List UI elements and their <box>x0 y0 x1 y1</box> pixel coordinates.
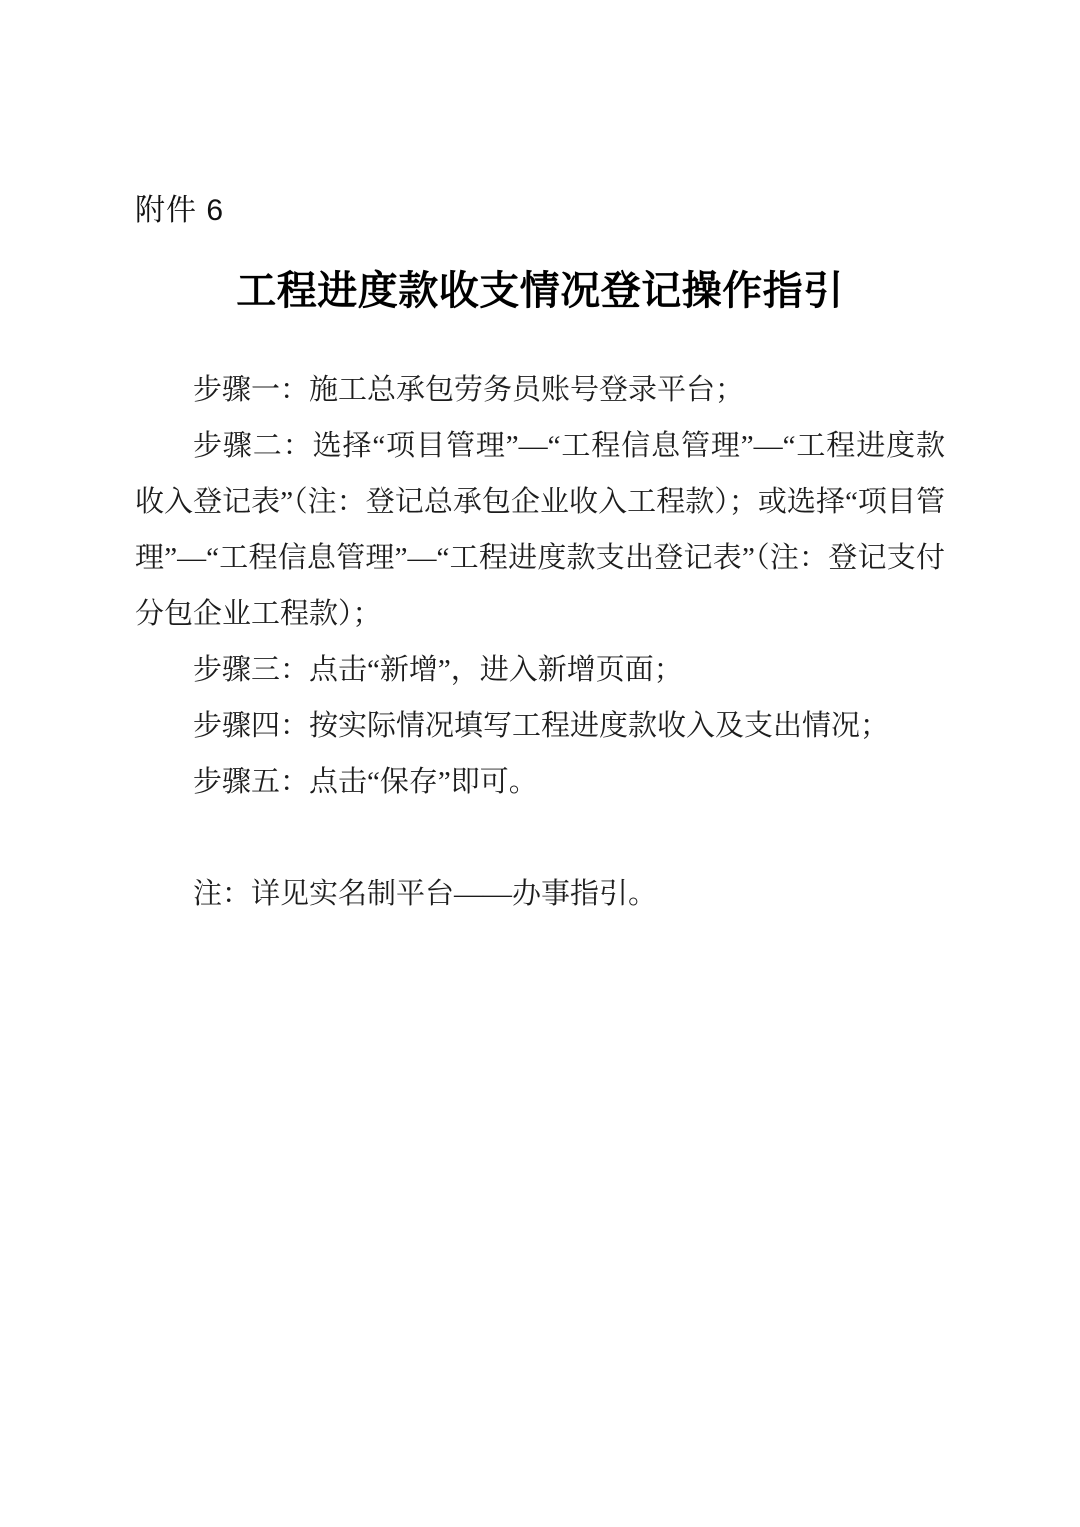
document-content: 附件 6 工程进度款收支情况登记操作指引 步骤一：施工总承包劳务员账号登录平台；… <box>0 0 1080 922</box>
step-paragraph-4: 步骤四：按实际情况填写工程进度款收入及支出情况； <box>135 698 945 754</box>
step-paragraph-3: 步骤三：点击“新增”，进入新增页面； <box>135 642 945 698</box>
step-paragraph-1: 步骤一：施工总承包劳务员账号登录平台； <box>135 362 945 418</box>
note-paragraph: 注：详见实名制平台——办事指引。 <box>135 866 945 922</box>
document-page: 附件 6 工程进度款收支情况登记操作指引 步骤一：施工总承包劳务员账号登录平台；… <box>0 0 1080 1527</box>
step-paragraph-5: 步骤五：点击“保存”即可。 <box>135 754 945 810</box>
steps-section: 步骤一：施工总承包劳务员账号登录平台； 步骤二：选择“项目管理”—“工程信息管理… <box>135 362 945 922</box>
page-title: 工程进度款收支情况登记操作指引 <box>135 264 945 318</box>
attachment-label: 附件 6 <box>135 190 945 232</box>
step-paragraph-2: 步骤二：选择“项目管理”—“工程信息管理”—“工程进度款收入登记表”（注：登记总… <box>135 418 945 642</box>
